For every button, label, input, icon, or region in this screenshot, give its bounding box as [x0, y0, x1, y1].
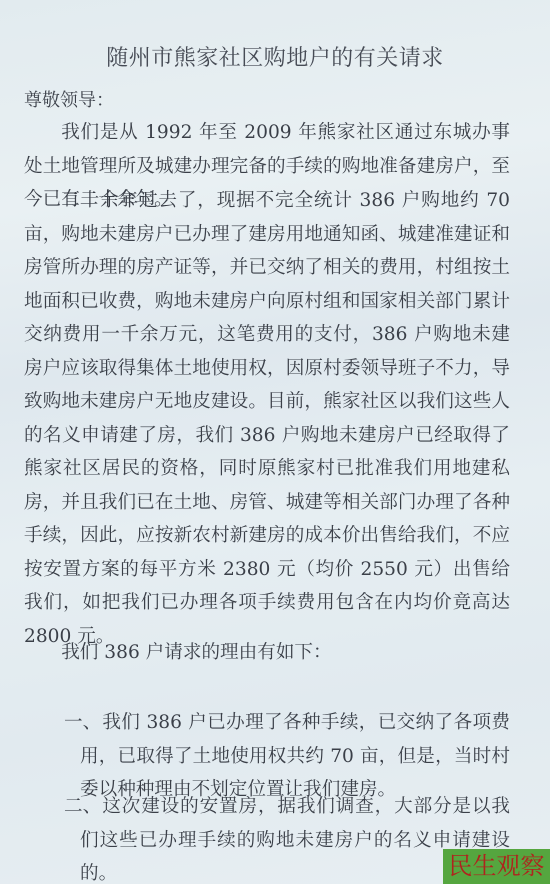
paragraph-background: 二十余年过去了，现据不完全统计 386 户购地约 70 亩，购地未建房户已办理了… [24, 184, 510, 653]
salutation: 尊敬领导： [24, 86, 114, 112]
document-title: 随州市熊家社区购地户的有关请求 [0, 41, 550, 72]
list-marker: 二、 [64, 790, 101, 824]
document-page: 随州市熊家社区购地户的有关请求 尊敬领导： 我们是从 1992 年至 2009 … [0, 0, 550, 884]
paragraph-reasons-lead: 我们 386 户请求的理由有如下： [24, 636, 510, 670]
watermark-badge: 民生观察 [443, 849, 550, 884]
list-marker: 一、 [64, 706, 101, 740]
